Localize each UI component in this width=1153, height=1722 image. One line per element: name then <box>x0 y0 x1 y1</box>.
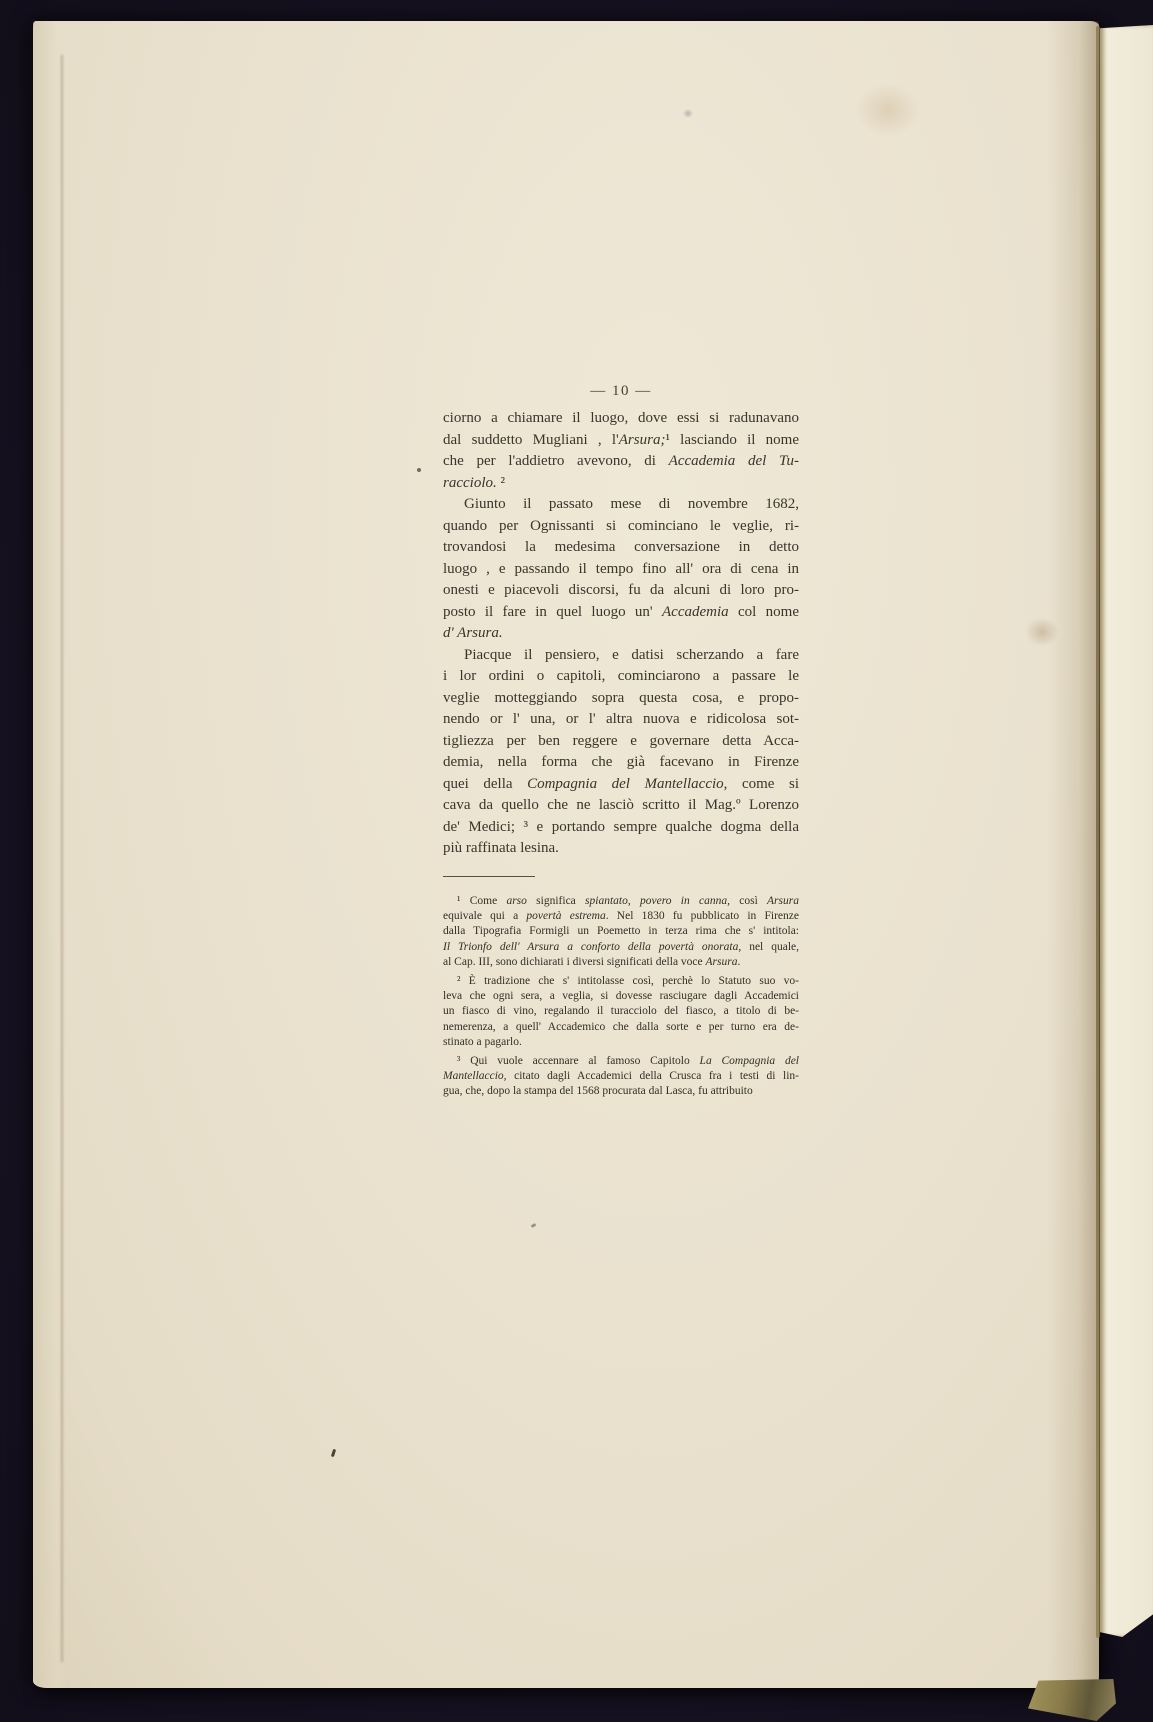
text-run: ciorno a chiamare il luogo, dove essi si… <box>443 410 799 426</box>
footnotes: ¹ Come arso significa spiantato, povero … <box>443 894 799 1100</box>
text-run: . Nel 1830 fu pubblicato in Firenze <box>606 910 799 922</box>
text-line: leva che ogni sera, a veglia, si dovesse… <box>443 989 799 1004</box>
text-run: così <box>730 895 767 907</box>
ink-speck <box>531 1223 537 1228</box>
text-run: dal suddetto Mugliani , l' <box>443 432 619 448</box>
italic-text-run: Accademia del Tu- <box>669 453 799 469</box>
text-line: posto il fare in quel luogo un' Accademi… <box>443 602 799 624</box>
text-line: de' Medici; ³ e portando sempre qualche … <box>443 817 799 839</box>
text-run: citato dagli Accademici della Crusca fra… <box>507 1070 799 1082</box>
text-line: dal suddetto Mugliani , l'Arsura;¹ lasci… <box>443 430 799 452</box>
text-run: ¹ lasciando il nome <box>665 432 799 448</box>
text-run: de' Medici; ³ e portando sempre qualche … <box>443 819 799 835</box>
book-scan-photo: — 10 — ciorno a chiamare il luogo, dove … <box>0 0 1153 1722</box>
italic-text-run: Il Trionfo dell' Arsura a conforto della… <box>443 941 738 953</box>
italic-text-run: racciolo. <box>443 475 497 491</box>
text-line: dalla Tipografia Formigli un Poemetto in… <box>443 924 799 939</box>
text-line: ¹ Come arso significa spiantato, povero … <box>443 894 799 909</box>
text-line: quando per Ognissanti si cominciano le v… <box>443 516 799 538</box>
gutter-shadow <box>1047 21 1099 1688</box>
text-line: cava da quello che ne lasciò scritto il … <box>443 795 799 817</box>
italic-text-run: Arsura <box>767 895 799 907</box>
text-run: ² È tradizione che s' intitolasse così, … <box>457 975 799 987</box>
text-run: nendo or l' una, or l' altra nuova e rid… <box>443 711 799 727</box>
text-line: nendo or l' una, or l' altra nuova e rid… <box>443 709 799 731</box>
text-run: dalla Tipografia Formigli un Poemetto in… <box>443 925 799 937</box>
ink-speck <box>331 1449 336 1458</box>
deckle-edge-line <box>61 55 63 1662</box>
text-line: gua, che, dopo la stampa del 1568 procur… <box>443 1084 799 1099</box>
text-run: ³ Qui vuole accennare al famoso Capitolo <box>457 1055 700 1067</box>
page-number: — 10 — <box>443 381 799 401</box>
text-run: , nel quale, <box>738 941 799 953</box>
text-run: Giunto il passato mese di novembre 1682, <box>464 496 799 512</box>
text-run: un fiasco di vino, regalando il turaccio… <box>443 1005 799 1017</box>
text-run: più raffinata lesina. <box>443 840 559 856</box>
text-line: equivale qui a povertà estrema. Nel 1830… <box>443 909 799 924</box>
text-run: leva che ogni sera, a veglia, si dovesse… <box>443 990 799 1002</box>
italic-text-run: spiantato, povero in canna, <box>585 895 730 907</box>
text-run: ² <box>497 475 505 491</box>
text-line: che per l'addietro avevono, di Accademia… <box>443 451 799 473</box>
text-line: Il Trionfo dell' Arsura a conforto della… <box>443 940 799 955</box>
paragraph: ³ Qui vuole accennare al famoso Capitolo… <box>443 1054 799 1100</box>
italic-text-run: Accademia <box>662 604 729 620</box>
book-binding-edge <box>1028 1679 1116 1721</box>
text-run: quei della <box>443 776 527 792</box>
text-run: tigliezza per ben reggere e governare de… <box>443 733 799 749</box>
body-text: ciorno a chiamare il luogo, dove essi si… <box>443 408 799 860</box>
text-line: i lor ordini o capitoli, cominciarono a … <box>443 666 799 688</box>
text-run: luogo , e passando il tempo fino all' or… <box>443 561 799 577</box>
book-page: — 10 — ciorno a chiamare il luogo, dove … <box>33 21 1099 1688</box>
italic-text-run: arso <box>506 895 526 907</box>
text-line: ciorno a chiamare il luogo, dove essi si… <box>443 408 799 430</box>
italic-text-run: povertà estrema <box>526 910 605 922</box>
italic-text-run: Arsura; <box>619 432 666 448</box>
text-column: — 10 — ciorno a chiamare il luogo, dove … <box>443 381 799 1100</box>
text-line: al Cap. III, sono dichiarati i diversi s… <box>443 955 799 970</box>
text-run: onesti e piacevoli discorsi, fu da alcun… <box>443 582 799 598</box>
text-line: stinato a pagarlo. <box>443 1035 799 1050</box>
text-line: più raffinata lesina. <box>443 838 799 860</box>
text-run: che per l'addietro avevono, di <box>443 453 669 469</box>
text-run: quando per Ognissanti si cominciano le v… <box>443 518 799 534</box>
italic-text-run: Arsura <box>706 956 738 968</box>
text-run: significa <box>527 895 585 907</box>
paragraph: ciorno a chiamare il luogo, dove essi si… <box>443 408 799 494</box>
text-run: col nome <box>729 604 799 620</box>
text-line: racciolo. ² <box>443 473 799 495</box>
text-run: demia, nella forma che già facevano in F… <box>443 754 799 770</box>
text-line: un fiasco di vino, regalando il turaccio… <box>443 1004 799 1019</box>
italic-text-run: Mantellaccio, <box>443 1070 507 1082</box>
footnote-rule <box>443 876 535 877</box>
paper-stain <box>683 109 693 118</box>
text-line: Giunto il passato mese di novembre 1682, <box>443 494 799 516</box>
paragraph: ¹ Come arso significa spiantato, povero … <box>443 894 799 971</box>
text-line: trovandosi la medesima conversazione in … <box>443 537 799 559</box>
text-line: ² È tradizione che s' intitolasse così, … <box>443 974 799 989</box>
text-line: quei della Compagnia del Mantellaccio, c… <box>443 774 799 796</box>
italic-text-run: La Compagnia del <box>700 1055 799 1067</box>
text-line: d' Arsura. <box>443 623 799 645</box>
text-run: equivale qui a <box>443 910 526 922</box>
italic-text-run: d' Arsura. <box>443 625 503 641</box>
text-run: cava da quello che ne lasciò scritto il … <box>443 797 799 813</box>
text-run: gua, che, dopo la stampa del 1568 procur… <box>443 1085 753 1097</box>
paragraph: Giunto il passato mese di novembre 1682,… <box>443 494 799 645</box>
text-line: tigliezza per ben reggere e governare de… <box>443 731 799 753</box>
text-run: Piacque il pensiero, e datisi scherzando… <box>464 647 799 663</box>
ink-speck <box>417 468 421 472</box>
text-run: posto il fare in quel luogo un' <box>443 604 662 620</box>
text-run: ¹ Come <box>457 895 506 907</box>
text-run: . <box>737 956 740 968</box>
next-page-edge <box>1100 25 1153 1637</box>
text-run: veglie motteggiando sopra questa cosa, e… <box>443 690 799 706</box>
text-line: veglie motteggiando sopra questa cosa, e… <box>443 688 799 710</box>
page-gutter-crease <box>1096 26 1100 1638</box>
text-run: , come si <box>724 776 799 792</box>
text-line: Mantellaccio, citato dagli Accademici de… <box>443 1069 799 1084</box>
text-run: stinato a pagarlo. <box>443 1036 522 1048</box>
text-run: al Cap. III, sono dichiarati i diversi s… <box>443 956 706 968</box>
italic-text-run: Compagnia del Mantellaccio <box>527 776 724 792</box>
text-run: i lor ordini o capitoli, cominciarono a … <box>443 668 799 684</box>
paragraph: Piacque il pensiero, e datisi scherzando… <box>443 645 799 860</box>
paper-stain <box>855 83 921 137</box>
text-line: ³ Qui vuole accennare al famoso Capitolo… <box>443 1054 799 1069</box>
text-line: demia, nella forma che già facevano in F… <box>443 752 799 774</box>
text-line: nemerenza, a quell' Accademico che dalla… <box>443 1020 799 1035</box>
text-run: trovandosi la medesima conversazione in … <box>443 539 799 555</box>
text-line: onesti e piacevoli discorsi, fu da alcun… <box>443 580 799 602</box>
text-line: Piacque il pensiero, e datisi scherzando… <box>443 645 799 667</box>
text-run: nemerenza, a quell' Accademico che dalla… <box>443 1021 799 1033</box>
paragraph: ² È tradizione che s' intitolasse così, … <box>443 974 799 1051</box>
text-line: luogo , e passando il tempo fino all' or… <box>443 559 799 581</box>
